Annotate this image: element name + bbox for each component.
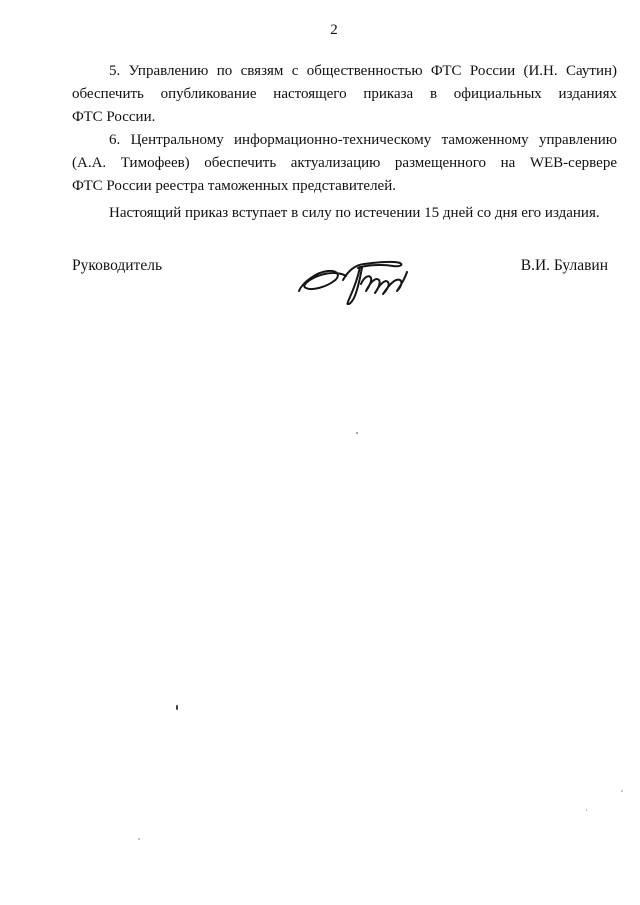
scan-artifact-speck <box>356 432 358 434</box>
text-line: (А.А. Тимофеев) обеспечить актуализацию … <box>72 152 617 175</box>
text-line: обеспечить опубликование настоящего прик… <box>72 83 617 106</box>
entry-into-force-clause: Настоящий приказ вступает в силу по исте… <box>72 202 617 225</box>
document-page: 2 5. Управлению по связям с общественнос… <box>0 0 640 905</box>
text-line: 5. Управлению по связям с общественность… <box>72 60 617 83</box>
text-line: 6. Центральному информационно-техническо… <box>72 129 617 152</box>
signer-name: В.И. Булавин <box>521 256 608 276</box>
signer-title: Руководитель <box>72 256 162 276</box>
text-line: ФТС России. <box>72 106 617 129</box>
scan-artifact-speck <box>621 790 623 792</box>
text-line: Настоящий приказ вступает в силу по исте… <box>72 202 617 225</box>
scan-artifact-speck <box>138 838 140 840</box>
order-item-6: 6. Центральному информационно-техническо… <box>72 129 617 198</box>
handwritten-signature-icon <box>296 259 410 305</box>
scan-artifact-speck <box>176 705 178 710</box>
page-number: 2 <box>58 21 610 39</box>
text-line: ФТС России реестра таможенных представит… <box>72 175 617 198</box>
document-body: 5. Управлению по связям с общественность… <box>72 60 617 225</box>
order-item-5: 5. Управлению по связям с общественность… <box>72 60 617 129</box>
scan-artifact-speck <box>586 809 587 811</box>
